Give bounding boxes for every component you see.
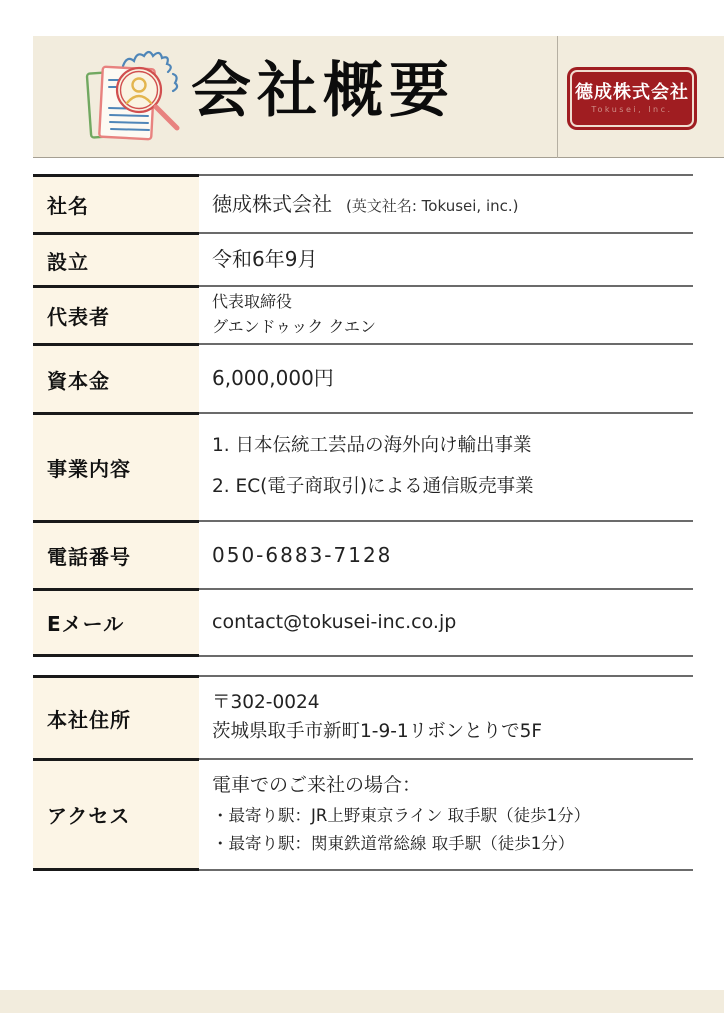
row-label: 事業内容 bbox=[33, 412, 199, 520]
value-line: 代表取締役 bbox=[212, 290, 693, 315]
row-value: 令和6年9月 bbox=[199, 232, 693, 285]
value-line: 茨城県取手市新町1-9-1リボンとりで5F bbox=[212, 718, 693, 747]
value-text: ・最寄り駅：関東鉄道常総線 取手駅（徒歩1分） bbox=[212, 834, 574, 853]
value-text: 令和6年9月 bbox=[212, 247, 317, 271]
row-value: 代表取締役グエンドゥック クエン bbox=[199, 285, 693, 343]
value-text: 1. 日本伝統工芸品の海外向け輸出事業 bbox=[212, 435, 532, 456]
value-text: グエンドゥック クエン bbox=[212, 317, 376, 336]
value-text: (英文社名: Tokusei, inc.) bbox=[346, 197, 519, 215]
value-line: 〒302-0024 bbox=[212, 689, 693, 718]
row-value: 〒302-0024茨城県取手市新町1-9-1リボンとりで5F bbox=[199, 675, 693, 758]
value-text: 6,000,000円 bbox=[212, 366, 334, 390]
value-text: contact@tokusei-inc.co.jp bbox=[212, 611, 456, 633]
row-value: 050-6883-7128 bbox=[199, 520, 693, 588]
document-search-icon bbox=[81, 50, 199, 146]
value-text: 〒302-0024 bbox=[212, 692, 320, 713]
value-text: 050-6883-7128 bbox=[212, 543, 392, 567]
logo-company-name: 德成株式会社 bbox=[575, 83, 689, 103]
row-value: 1. 日本伝統工芸品の海外向け輸出事業2. EC(電子商取引)による通信販売事業 bbox=[199, 412, 693, 520]
value-line: 050-6883-7128 bbox=[212, 542, 693, 569]
value-line: contact@tokusei-inc.co.jp bbox=[212, 610, 693, 636]
table-row: アクセス電車でのご来社の場合：・最寄り駅：JR上野東京ライン 取手駅（徒歩1分）… bbox=[33, 758, 693, 871]
row-label: 電話番号 bbox=[33, 520, 199, 588]
header-divider-line bbox=[557, 36, 558, 158]
row-label: 社名 bbox=[33, 174, 199, 232]
value-line: 6,000,000円 bbox=[212, 365, 693, 392]
row-value: 徳成株式会社(英文社名: Tokusei, inc.) bbox=[199, 174, 693, 232]
value-line: 令和6年9月 bbox=[212, 246, 693, 273]
table-row: 設立令和6年9月 bbox=[33, 232, 693, 285]
footer-bar bbox=[0, 990, 724, 1013]
company-logo-badge: 德成株式会社 Tokusei, Inc. bbox=[567, 67, 697, 130]
value-line: ・最寄り駅：関東鉄道常総線 取手駅（徒歩1分） bbox=[212, 833, 693, 855]
value-line: グエンドゥック クエン bbox=[212, 315, 693, 340]
row-label: 資本金 bbox=[33, 343, 199, 412]
row-label: 代表者 bbox=[33, 285, 199, 343]
company-table: 社名徳成株式会社(英文社名: Tokusei, inc.)設立令和6年9月代表者… bbox=[33, 174, 693, 871]
logo-company-subtitle: Tokusei, Inc. bbox=[591, 105, 672, 114]
row-label: 設立 bbox=[33, 232, 199, 285]
row-value: 電車でのご来社の場合：・最寄り駅：JR上野東京ライン 取手駅（徒歩1分）・最寄り… bbox=[199, 758, 693, 871]
table-row: Eメールcontact@tokusei-inc.co.jp bbox=[33, 588, 693, 657]
value-text: 茨城県取手市新町1-9-1リボンとりで5F bbox=[212, 721, 542, 742]
table-row: 代表者代表取締役グエンドゥック クエン bbox=[33, 285, 693, 343]
row-value: contact@tokusei-inc.co.jp bbox=[199, 588, 693, 657]
company-overview-page: 会社概要 德成株式会社 Tokusei, Inc. 社名徳成株式会社(英文社名:… bbox=[0, 0, 724, 1024]
row-value: 6,000,000円 bbox=[199, 343, 693, 412]
value-line: 電車でのご来社の場合： bbox=[212, 773, 693, 799]
value-text: 2. EC(電子商取引)による通信販売事業 bbox=[212, 476, 534, 497]
row-label: Eメール bbox=[33, 588, 199, 657]
value-text: 電車でのご来社の場合： bbox=[212, 774, 421, 796]
value-text: ・最寄り駅：JR上野東京ライン 取手駅（徒歩1分） bbox=[212, 806, 590, 825]
value-text: 徳成株式会社 bbox=[212, 192, 332, 216]
table-row: 電話番号050-6883-7128 bbox=[33, 520, 693, 588]
value-text: 代表取締役 bbox=[212, 292, 292, 311]
value-line: 1. 日本伝統工芸品の海外向け輸出事業 bbox=[212, 434, 693, 459]
row-label: 本社住所 bbox=[33, 675, 199, 758]
value-line: ・最寄り駅：JR上野東京ライン 取手駅（徒歩1分） bbox=[212, 805, 693, 827]
table-row: 資本金6,000,000円 bbox=[33, 343, 693, 412]
value-line: 2. EC(電子商取引)による通信販売事業 bbox=[212, 475, 693, 500]
table-row: 事業内容1. 日本伝統工芸品の海外向け輸出事業2. EC(電子商取引)による通信… bbox=[33, 412, 693, 520]
company-logo-inner: 德成株式会社 Tokusei, Inc. bbox=[570, 70, 694, 127]
header-banner: 会社概要 德成株式会社 Tokusei, Inc. bbox=[33, 36, 724, 158]
value-line: 徳成株式会社(英文社名: Tokusei, inc.) bbox=[212, 191, 693, 218]
table-row: 本社住所〒302-0024茨城県取手市新町1-9-1リボンとりで5F bbox=[33, 675, 693, 758]
table-row: 社名徳成株式会社(英文社名: Tokusei, inc.) bbox=[33, 174, 693, 232]
page-title: 会社概要 bbox=[191, 48, 455, 135]
magnifier-handle bbox=[156, 107, 177, 128]
row-label: アクセス bbox=[33, 758, 199, 871]
